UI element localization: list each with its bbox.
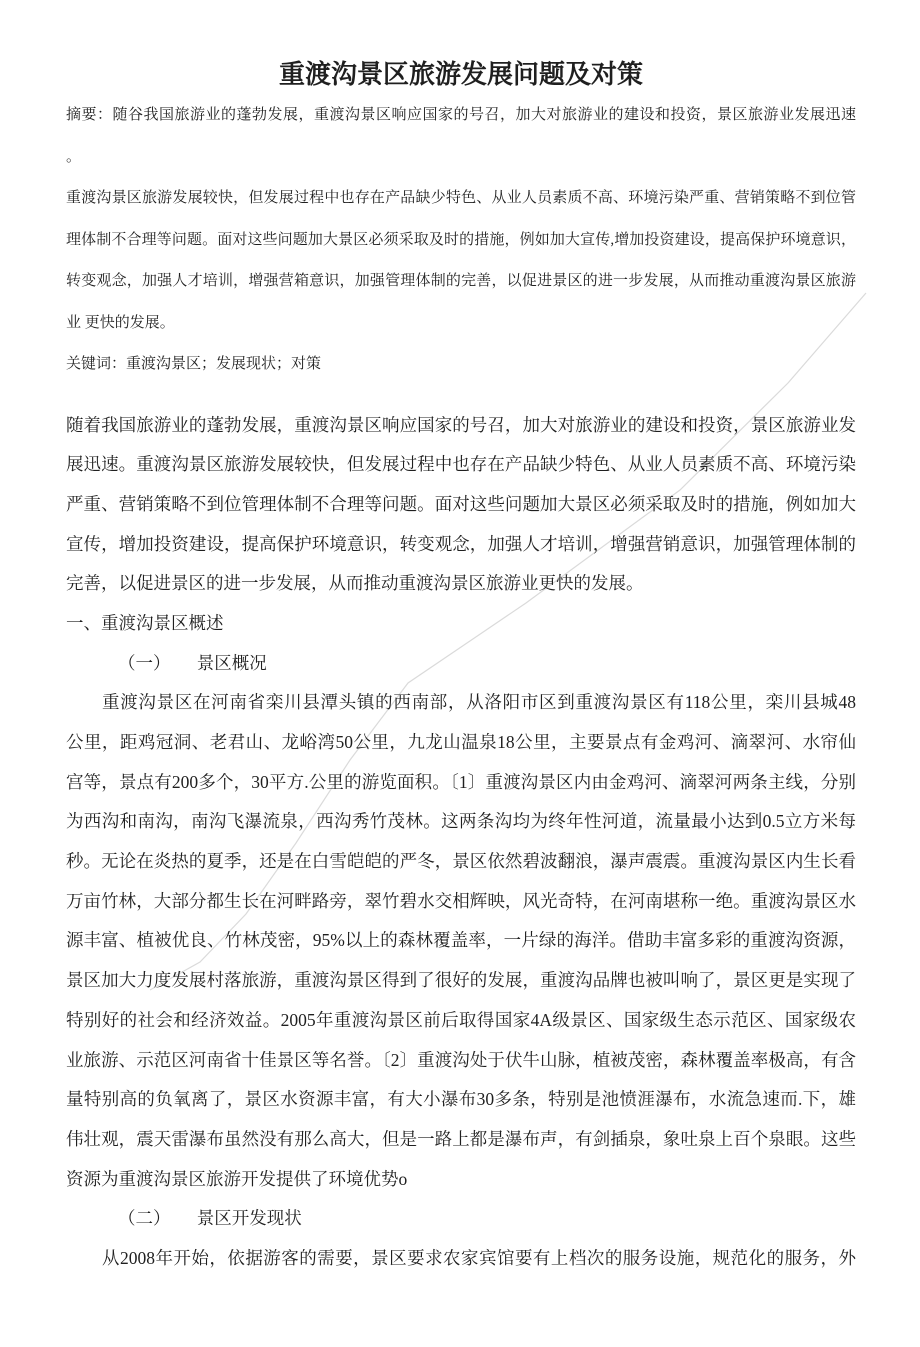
keywords-line: 关键词：重渡沟景区；发展现状；对策 xyxy=(66,344,856,386)
intro-line-3: 严重、营销策略不到位管理体制不合理等问题。面对这些问题加大景区必须采取及时的措施… xyxy=(66,485,856,525)
para-1-line-8: 景区加大力度发展村落旅游，重渡沟景区得到了很好的发展，重渡沟品牌也被叫响了，景区… xyxy=(66,961,856,1001)
document-page: 重渡沟景区旅游发展问题及对策 摘要：随谷我国旅游业的蓬勃发展，重渡沟景区响应国家… xyxy=(0,0,920,1347)
abstract-line-1: 摘要：随谷我国旅游业的蓬勃发展，重渡沟景区响应国家的号召，加大对旅游业的建设和投… xyxy=(66,95,856,137)
document-title: 重渡沟景区旅游发展问题及对策 xyxy=(66,55,856,95)
para-1-line-10: 业旅游、示范区河南省十佳景区等名誉。〔2〕重渡沟处于伏牛山脉，植被茂密，森林覆盖… xyxy=(66,1041,856,1081)
para-1-line-3: 宫等，景点有200多个，30平方.公里的游览面积。〔1〕重渡沟景区内由金鸡河、滴… xyxy=(66,763,856,803)
abstract-line-6: 业 更快的发展。 xyxy=(66,303,856,345)
subsection-1-2-heading: （二） 景区开发现状 xyxy=(66,1199,856,1239)
para-2-line-1: 从2008年开始，依据游客的需要，景区要求农家宾馆要有上档次的服务设施，规范化的… xyxy=(66,1239,856,1279)
subsection-1-1-heading: （一） 景区概况 xyxy=(66,644,856,684)
intro-line-2: 展迅速。重渡沟景区旅游发展较快，但发展过程中也存在产品缺少特色、从业人员素质不高… xyxy=(66,445,856,485)
para-1-line-5: 秒。无论在炎热的夏季，还是在白雪皑皑的严冬，景区依然碧波翻浪，瀑声震震。重渡沟景… xyxy=(66,842,856,882)
document-lines: 摘要：随谷我国旅游业的蓬勃发展，重渡沟景区响应国家的号召，加大对旅游业的建设和投… xyxy=(66,95,856,1279)
para-1-line-9: 特别好的社会和经济效益。2005年重渡沟景区前后取得国家4A级景区、国家级生态示… xyxy=(66,1001,856,1041)
document-content: 重渡沟景区旅游发展问题及对策 摘要：随谷我国旅游业的蓬勃发展，重渡沟景区响应国家… xyxy=(66,55,856,1279)
para-1-line-11: 量特别高的负氧离了，景区水资源丰富，有大小瀑布30多条，特别是池愤涯瀑布，水流急… xyxy=(66,1080,856,1120)
section-1-heading: 一、重渡沟景区概述 xyxy=(66,604,856,644)
para-1-line-1: 重渡沟景区在河南省栾川县潭头镇的西南部，从洛阳市区到重渡沟景区有118公里，栾川… xyxy=(66,683,856,723)
para-1-line-2: 公里，距鸡冠洞、老君山、龙峪湾50公里，九龙山温泉18公里，主要景点有金鸡河、滴… xyxy=(66,723,856,763)
para-1-line-4: 为西沟和南沟，南沟飞瀑流泉，西沟秀竹茂林。这两条沟均为终年性河道，流量最小达到0… xyxy=(66,802,856,842)
para-1-line-6: 万亩竹林，大部分都生长在河畔路旁，翠竹碧水交相辉映，风光奇特，在河南堪称一绝。重… xyxy=(66,882,856,922)
intro-line-1: 随着我国旅游业的蓬勃发展，重渡沟景区响应国家的号召，加大对旅游业的建设和投资，景… xyxy=(66,406,856,446)
para-1-line-13: 资源为重渡沟景区旅游开发提供了环境优势o xyxy=(66,1160,856,1200)
abstract-line-5: 转变观念，加强人才培训，增强营箱意识，加强管理体制的完善，以促进景区的进一步发展… xyxy=(66,261,856,303)
para-1-line-12: 伟壮观，震天雷瀑布虽然没有那么高大，但是一路上都是瀑布声，有剑插泉，象吐泉上百个… xyxy=(66,1120,856,1160)
abstract-line-3: 重渡沟景区旅游发展较快，但发展过程中也存在产品缺少特色、从业人员素质不高、环境污… xyxy=(66,178,856,220)
abstract-line-4: 理体制不合理等问题。面对这些问题加大景区必须采取及时的措施，例如加大宣传,增加投… xyxy=(66,220,856,262)
intro-line-4: 宣传，增加投资建设，提高保护环境意识，转变观念，加强人才培训，增强营销意识，加强… xyxy=(66,525,856,565)
para-1-line-7: 源丰富、植被优良、竹林茂密，95%以上的森林覆盖率，一片绿的海洋。借助丰富多彩的… xyxy=(66,921,856,961)
abstract-line-2: 。 xyxy=(66,137,856,179)
intro-line-5: 完善，以促进景区的进一步发展，从而推动重渡沟景区旅游业更快的发展。 xyxy=(66,564,856,604)
paragraph-spacer xyxy=(66,386,856,406)
